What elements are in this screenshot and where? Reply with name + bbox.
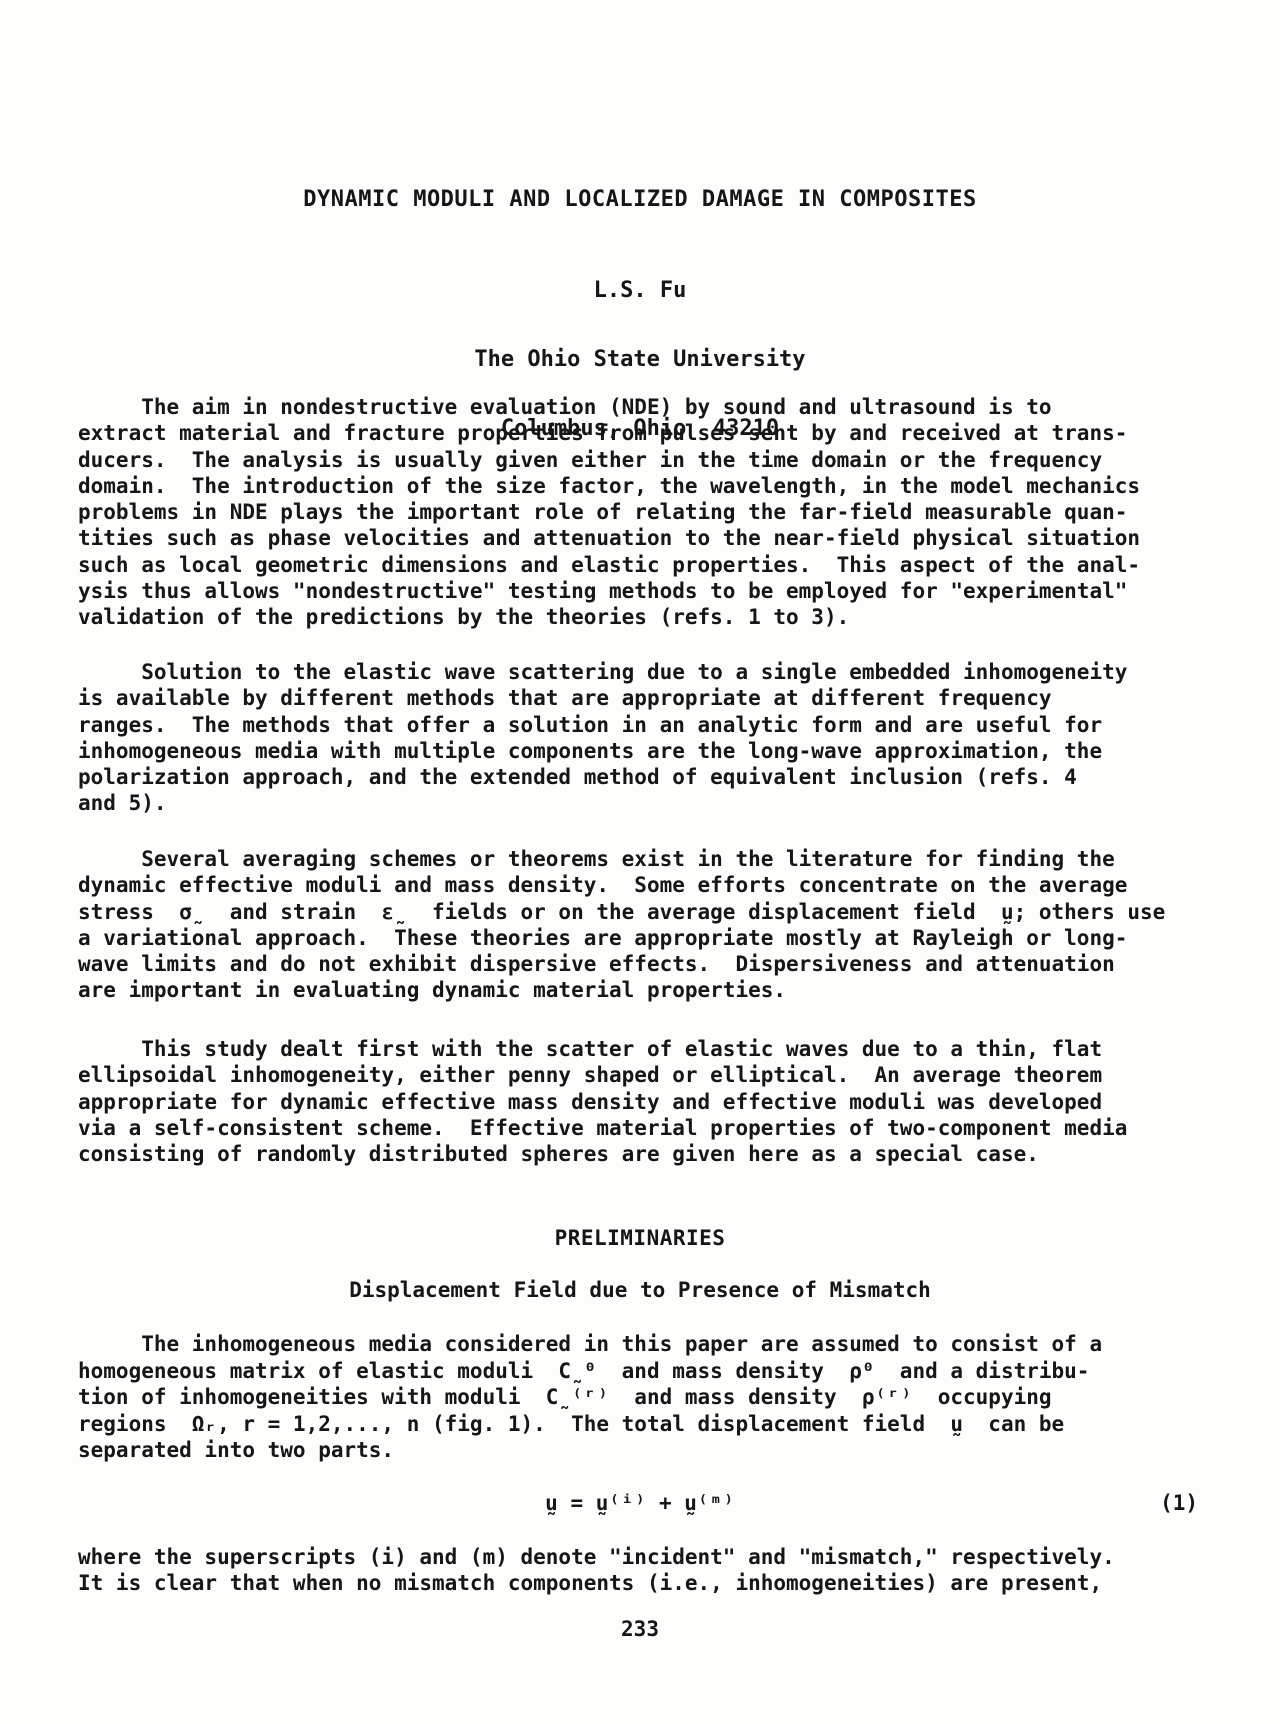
- text-line: ranges. The methods that offer a solutio…: [78, 712, 1127, 738]
- paragraph-intro-nde: The aim in nondestructive evaluation (ND…: [78, 394, 1140, 631]
- document-page: DYNAMIC MODULI AND LOCALIZED DAMAGE IN C…: [0, 0, 1280, 1724]
- text-line: dynamic effective moduli and mass densit…: [78, 872, 1165, 898]
- text-line: polarization approach, and the extended …: [78, 764, 1127, 790]
- paragraph-scattering-solution: Solution to the elastic wave scattering …: [78, 659, 1127, 817]
- author-name: L.S. Fu: [0, 279, 1280, 302]
- text-line: It is clear that when no mismatch compon…: [78, 1570, 1115, 1596]
- text-line: stress σ̰ and strain ε̰ fields or on the…: [78, 899, 1165, 925]
- paragraph-superscripts-note: where the superscripts (i) and (m) denot…: [78, 1544, 1115, 1597]
- text-line: tities such as phase velocities and atte…: [78, 525, 1140, 551]
- paragraph-study-summary: This study dealt first with the scatter …: [78, 1036, 1127, 1167]
- page-number: 233: [0, 1617, 1280, 1641]
- text-line: tion of inhomogeneities with moduli C̰⁽ʳ…: [78, 1384, 1102, 1411]
- paragraph-inhomogeneous-media: The inhomogeneous media considered in th…: [78, 1331, 1102, 1464]
- text-line: are important in evaluating dynamic mate…: [78, 977, 1165, 1003]
- text-line: problems in NDE plays the important role…: [78, 499, 1140, 525]
- text-line: appropriate for dynamic effective mass d…: [78, 1089, 1127, 1115]
- text-line: extract material and fracture properties…: [78, 420, 1140, 446]
- paper-title: DYNAMIC MODULI AND LOCALIZED DAMAGE IN C…: [0, 187, 1280, 212]
- text-line: ellipsoidal inhomogeneity, either penny …: [78, 1062, 1127, 1088]
- text-line: Solution to the elastic wave scattering …: [78, 659, 1127, 685]
- text-line: homogeneous matrix of elastic moduli C̰⁰…: [78, 1358, 1102, 1385]
- text-line: validation of the predictions by the the…: [78, 604, 1140, 630]
- text-line: a variational approach. These theories a…: [78, 925, 1165, 951]
- equation-1: ṵ = ṵ⁽ⁱ⁾ + ṵ⁽ᵐ⁾ (1): [0, 1491, 1280, 1515]
- text-line: ysis thus allows "nondestructive" testin…: [78, 578, 1140, 604]
- text-line: such as local geometric dimensions and e…: [78, 552, 1140, 578]
- author-affiliation: The Ohio State University: [0, 348, 1280, 371]
- text-line: where the superscripts (i) and (m) denot…: [78, 1544, 1115, 1570]
- text-line: inhomogeneous media with multiple compon…: [78, 738, 1127, 764]
- section-heading-preliminaries: PRELIMINARIES: [0, 1226, 1280, 1250]
- text-line: via a self-consistent scheme. Effective …: [78, 1115, 1127, 1141]
- text-line: regions Ωᵣ, r = 1,2,..., n (fig. 1). The…: [78, 1411, 1102, 1438]
- text-line: consisting of randomly distributed spher…: [78, 1141, 1127, 1167]
- subsection-heading-displacement-field: Displacement Field due to Presence of Mi…: [0, 1278, 1280, 1302]
- text-line: wave limits and do not exhibit dispersiv…: [78, 951, 1165, 977]
- text-line: The aim in nondestructive evaluation (ND…: [78, 394, 1140, 420]
- paragraph-averaging-schemes: Several averaging schemes or theorems ex…: [78, 846, 1165, 1004]
- equation-expression: ṵ = ṵ⁽ⁱ⁾ + ṵ⁽ᵐ⁾: [0, 1491, 1280, 1515]
- text-line: separated into two parts.: [78, 1437, 1102, 1464]
- text-line: The inhomogeneous media considered in th…: [78, 1331, 1102, 1358]
- text-line: and 5).: [78, 790, 1127, 816]
- text-line: Several averaging schemes or theorems ex…: [78, 846, 1165, 872]
- text-line: ducers. The analysis is usually given ei…: [78, 447, 1140, 473]
- text-line: This study dealt first with the scatter …: [78, 1036, 1127, 1062]
- equation-number: (1): [1160, 1491, 1198, 1515]
- text-line: domain. The introduction of the size fac…: [78, 473, 1140, 499]
- text-line: is available by different methods that a…: [78, 685, 1127, 711]
